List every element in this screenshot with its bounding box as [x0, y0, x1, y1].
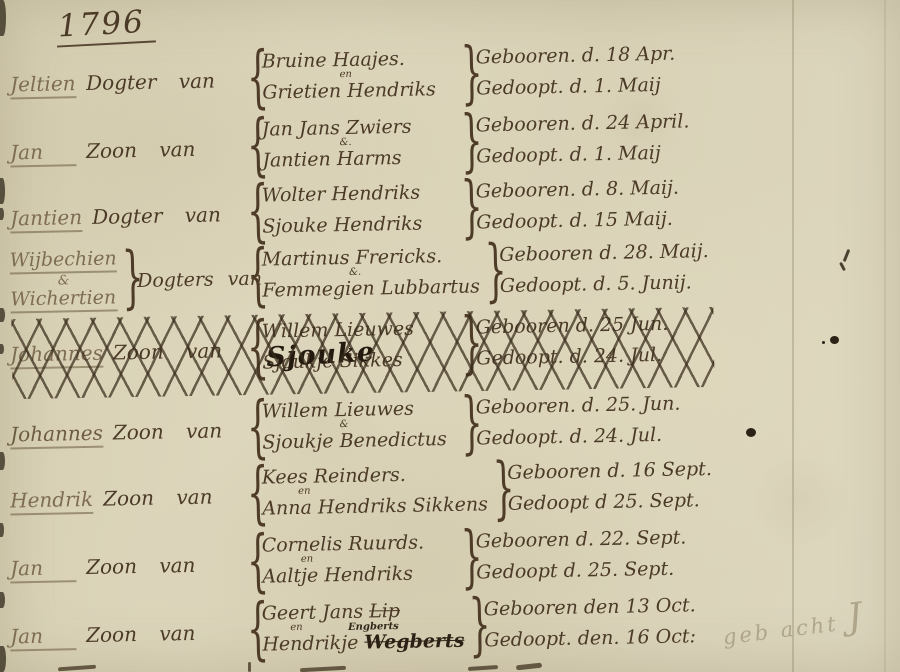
opening-brace: {	[246, 463, 257, 525]
child-name: Wijbechien	[9, 248, 116, 274]
year-heading: 1796	[55, 3, 156, 47]
baptism-date: Gedoopt d. 25. Sept.	[476, 553, 687, 588]
baptism-date: Gedoopt. d. 5. Junij.	[500, 267, 710, 302]
relation-label: Zoon van	[86, 621, 196, 647]
father-name: Jan Jans Zwiers	[261, 111, 456, 146]
scan-edge-mark	[0, 592, 5, 608]
birth-date: Gebooren d. 22. Sept.	[475, 522, 686, 557]
birth-date: Gebooren. d. 8. Maij.	[475, 173, 679, 208]
opening-brace: {	[246, 397, 257, 459]
mother-name: Anna Hendriks Sikkens	[262, 489, 488, 524]
relation-label: Zoon van	[113, 418, 223, 444]
opening-brace: {	[246, 115, 257, 177]
clipped-text-stroke	[468, 665, 498, 671]
parents-group: Bruine Haajes. en Grietien Hendriks	[261, 42, 456, 109]
relation-label: Dogter van	[86, 69, 215, 95]
mother-name: Jantien Harms	[262, 142, 457, 177]
opening-brace: {	[246, 599, 257, 661]
child-name: Jan	[10, 623, 77, 651]
conjunction: en	[298, 476, 311, 507]
strikethrough-hatch	[11, 307, 714, 399]
closing-brace: }	[484, 240, 495, 302]
child-name: Jeltien	[10, 71, 77, 99]
relation-label: Zoon van	[103, 485, 213, 511]
baptism-date: Gedoopt. d. 1. Maij	[476, 70, 676, 105]
closing-brace: }	[460, 111, 471, 173]
conjunction: en	[290, 612, 303, 643]
closing-brace: }	[460, 393, 471, 455]
mother-name: Femmegien Lubbartus	[262, 271, 480, 306]
child-name: Jan	[10, 555, 77, 583]
father-name: Willem Lieuwes	[261, 393, 456, 428]
opening-brace: {	[246, 531, 257, 593]
inserted-surname: Engberts	[348, 611, 399, 643]
scan-edge-mark	[0, 208, 4, 220]
clipped-text-stroke	[58, 665, 96, 672]
register-page-scan: 1796 Jeltien Dogter van { Bruine Haajes.…	[0, 0, 900, 672]
mother-name: Sjouke Hendriks	[262, 208, 457, 243]
names-brace: }	[121, 247, 132, 309]
ink-speck	[822, 341, 825, 344]
baptism-entry: Jan Zoon van { Cornelis Ruurds. en Aaltj…	[9, 518, 890, 598]
birth-date: Gebooren. d. 24 April.	[475, 106, 689, 141]
entry-name-group: Jeltien Dogter van	[9, 46, 242, 99]
child-name: Johannes	[10, 421, 103, 450]
closing-brace: }	[460, 527, 471, 589]
mother-name: Grietien Hendriks	[262, 74, 457, 109]
baptism-entry: Hendrik Zoon van { Kees Reinders. en Ann…	[9, 450, 890, 530]
entry-name-group: Wijbechien & Wichertien } Dogters van	[9, 244, 242, 313]
opening-brace: {	[246, 181, 257, 243]
birth-date: Gebooren den 13 Oct.	[484, 590, 696, 625]
birth-date: Gebooren. d. 18 Apr.	[475, 39, 675, 74]
conjunction: &.	[349, 257, 362, 288]
baptism-date: Gedoopt. den. 16 Oct:	[484, 621, 696, 656]
father-name: Wolter Hendriks	[261, 177, 456, 212]
relation-label: Zoon van	[86, 137, 196, 163]
scan-edge-mark	[0, 0, 6, 36]
ink-blot	[830, 336, 839, 344]
dates-group: Gebooren. d. 18 Apr. Gedoopt. d. 1. Maij	[475, 38, 676, 105]
conjunction: en	[339, 59, 352, 90]
father-name: Cornelis Ruurds.	[261, 527, 456, 562]
closing-brace: }	[460, 177, 471, 239]
baptism-entry: Jeltien Dogter van { Bruine Haajes. en G…	[9, 34, 890, 114]
father-name: Bruine Haajes.	[261, 43, 456, 78]
conjunction: &.	[339, 127, 352, 158]
closing-brace: }	[492, 458, 503, 520]
opening-brace: {	[246, 47, 257, 109]
closing-brace: }	[469, 594, 480, 656]
opening-brace: {	[246, 245, 257, 307]
ink-blot	[746, 428, 756, 437]
father-name: Martinus Frericks.	[261, 240, 479, 275]
conjunction: &	[339, 409, 348, 440]
mother-name: Sjoukje Benedictus	[262, 424, 457, 459]
page-crease	[792, 0, 794, 672]
clipped-text-stroke	[300, 666, 346, 672]
relation-label: Dogter van	[92, 202, 221, 228]
relation-label: Dogters van	[136, 244, 262, 292]
baptism-date: Gedoopt. d. 15 Maij.	[476, 204, 680, 239]
scan-edge-mark	[0, 178, 5, 204]
clipped-text-stroke	[516, 663, 542, 671]
scan-edge-mark	[0, 308, 5, 322]
child-name: Jantien	[10, 205, 82, 233]
birth-date: Gebooren d. 16 Sept.	[507, 454, 712, 489]
relation-label: Zoon van	[86, 553, 196, 579]
scan-edge-mark	[0, 344, 4, 354]
baptism-entry: Wijbechien & Wichertien } Dogters van { …	[9, 232, 890, 314]
father-name: Kees Reinders.	[261, 458, 487, 493]
child-name: Wichertien	[10, 287, 117, 313]
child-name: Hendrik	[10, 487, 94, 516]
mother-name: Aaltje Hendriks	[262, 558, 457, 593]
scan-edge-mark	[0, 523, 4, 537]
child-name: Jan	[10, 139, 77, 167]
baptism-date: Gedoopt d 25. Sept.	[508, 485, 713, 520]
scan-edge-mark	[0, 646, 6, 672]
conjunction: en	[301, 544, 314, 575]
baptism-date: Gedoopt. d. 1. Maij	[476, 137, 690, 172]
birth-date: Gebooren d. 28. Maij.	[499, 236, 709, 271]
clipped-text-stroke	[248, 662, 251, 672]
birth-date: Gebooren. d. 25. Jun.	[475, 389, 680, 424]
closing-brace: }	[460, 43, 471, 105]
scan-edge-mark	[0, 452, 5, 470]
page-crease	[884, 0, 886, 672]
